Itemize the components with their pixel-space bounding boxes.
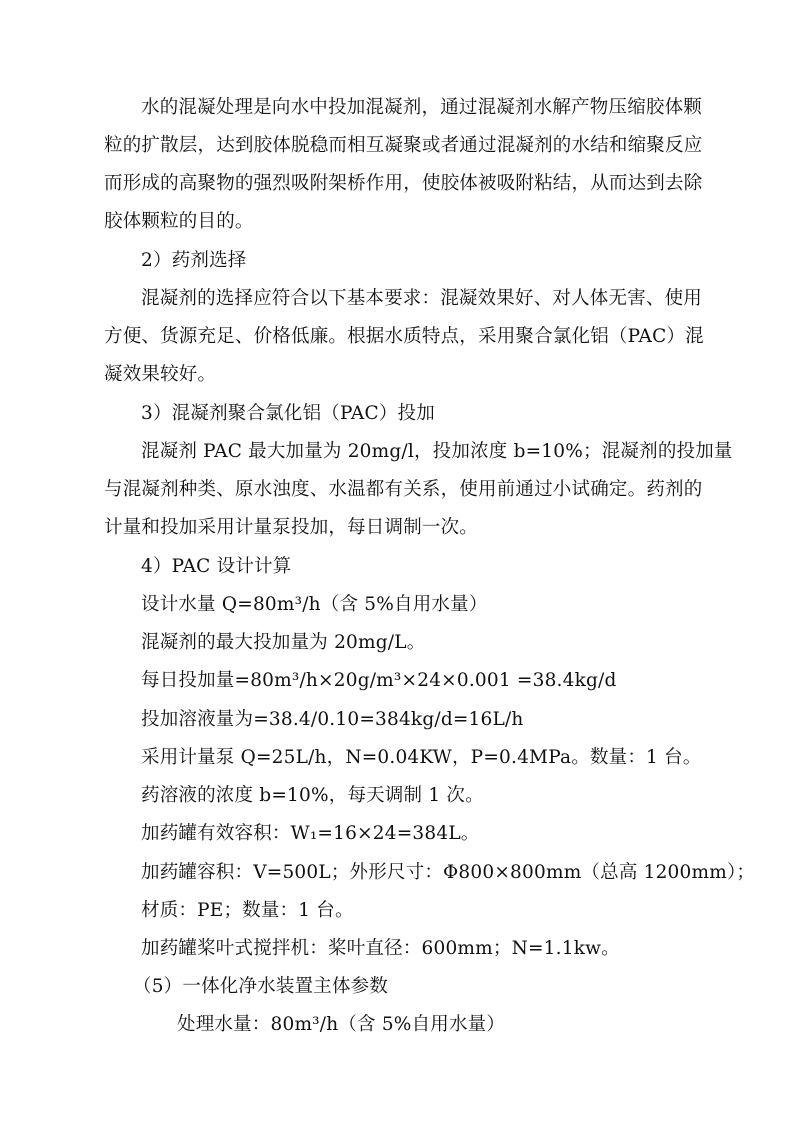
paragraph-line: 胶体颗粒的目的。 [104,210,694,234]
calc-line: 加药罐容积：V=500L；外形尺寸：Φ800×800mm（总高 1200mm）； [141,861,731,885]
calc-line: 材质：PE；数量：1 台。 [141,899,731,923]
paragraph-line: 粒的扩散层，达到胶体脱稳而相互凝聚或者通过混凝剂的水结和缩聚反应 [104,134,694,158]
document-page: 水的混凝处理是向水中投加混凝剂，通过混凝剂水解产物压缩胶体颗 粒的扩散层，达到胶… [0,0,793,1122]
section-heading: 3）混凝剂聚合氯化铝（PAC）投加 [141,402,731,426]
calc-line: 药溶液的浓度 b=10%，每天调制 1 次。 [141,784,731,808]
calc-line: 加药罐有效容积：W₁=16×24=384L。 [141,822,731,846]
section-heading: 4）PAC 设计计算 [141,555,731,579]
paragraph-line: 计量和投加采用计量泵投加，每日调制一次。 [104,516,694,540]
paragraph-line: 而形成的高聚物的强烈吸附架桥作用，使胶体被吸附粘结，从而达到去除 [104,172,694,196]
calc-line: 混凝剂的最大投加量为 20mg/L。 [141,631,731,655]
paragraph-line: 混凝剂的选择应符合以下基本要求：混凝效果好、对人体无害、使用 [141,287,694,311]
paragraph-line: 混凝剂 PAC 最大加量为 20mg/l，投加浓度 b=10%；混凝剂的投加量 [141,440,694,464]
section-heading: 2）药剂选择 [141,249,731,273]
paragraph-line: 水的混凝处理是向水中投加混凝剂，通过混凝剂水解产物压缩胶体颗 [141,96,694,120]
calc-line: 采用计量泵 Q=25L/h，N=0.04KW，P=0.4MPa。数量：1 台。 [141,746,731,770]
paragraph-line: 处理水量：80m³/h（含 5%自用水量） [177,1013,767,1037]
section-heading: （5）一体化净水装置主体参数 [133,975,723,999]
paragraph-line: 方便、货源充足、价格低廉。根据水质特点，采用聚合氯化铝（PAC）混 [104,325,694,349]
calc-line: 加药罐桨叶式搅拌机：桨叶直径：600mm；N=1.1kw。 [141,937,731,961]
calc-line: 投加溶液量为=38.4/0.10=384kg/d=16L/h [141,708,731,732]
paragraph-line: 凝效果较好。 [104,363,694,387]
calc-line: 设计水量 Q=80m³/h（含 5%自用水量） [141,593,731,617]
calc-line: 每日投加量=80m³/h×20g/m³×24×0.001 =38.4kg/d [141,669,731,693]
paragraph-line: 与混凝剂种类、原水浊度、水温都有关系，使用前通过小试确定。药剂的 [104,478,694,502]
